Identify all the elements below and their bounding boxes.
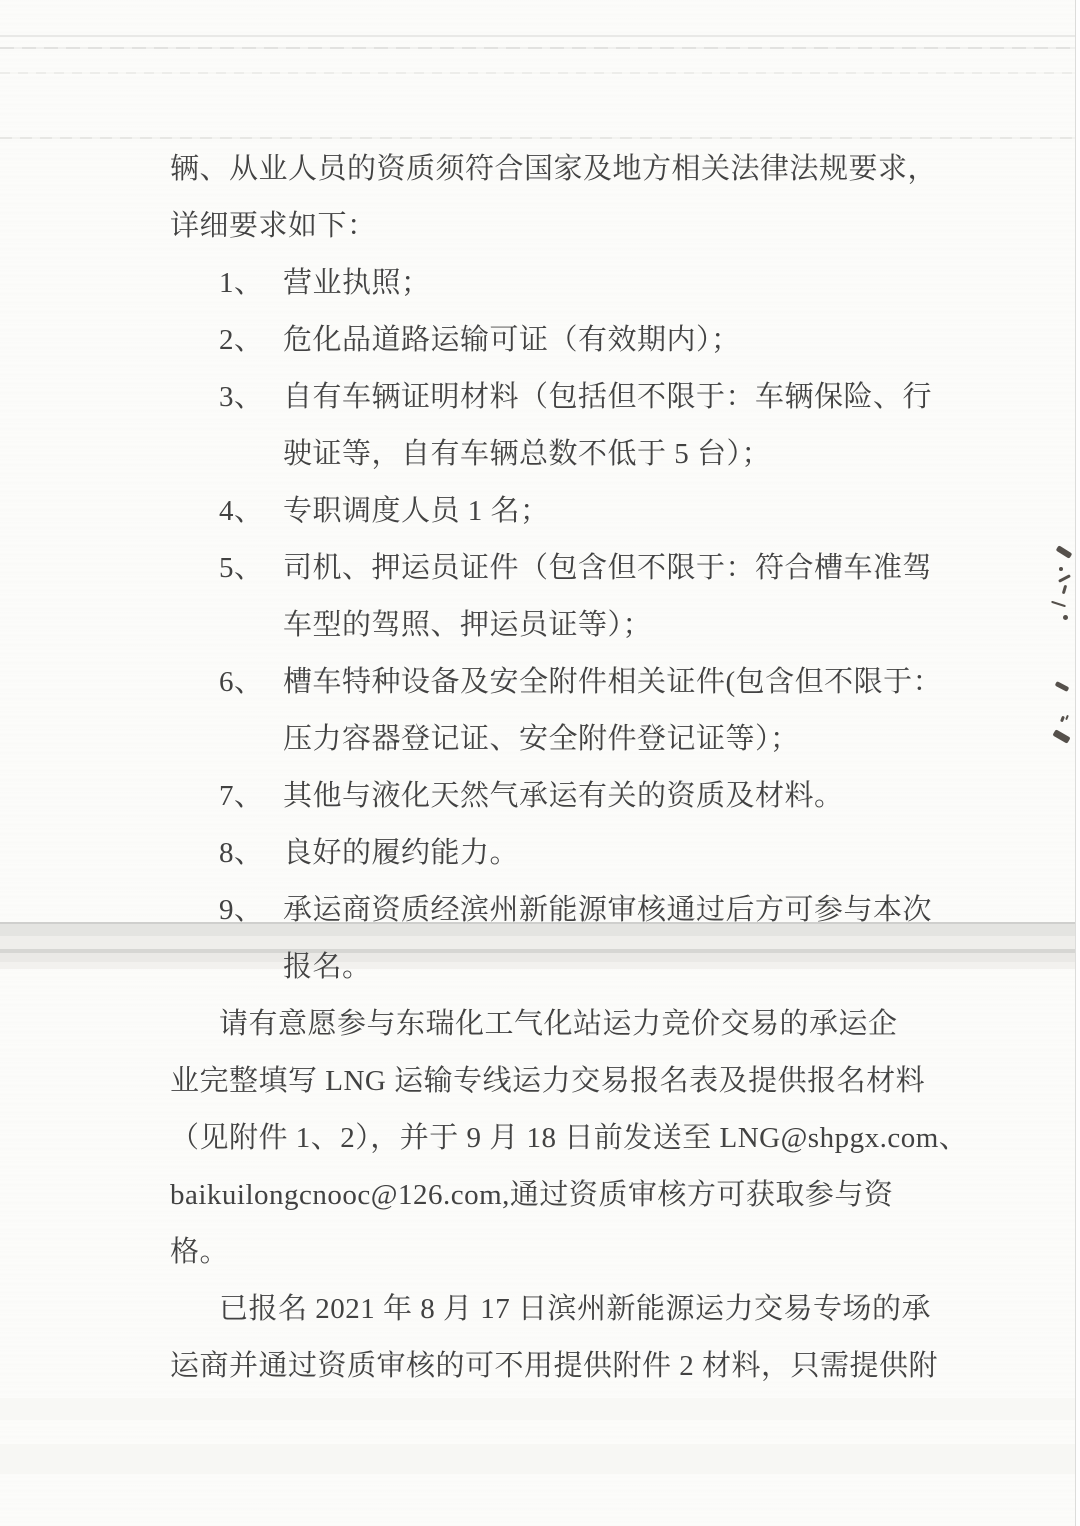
intro-line: 辆、从业人员的资质须符合国家及地方相关法律法规要求， <box>170 141 930 198</box>
scan-artifact-band-bottom <box>0 1444 1080 1474</box>
scan-line-top-2 <box>0 47 1075 49</box>
pen-mark <box>1062 585 1067 594</box>
pen-mark <box>1055 681 1070 692</box>
requirement-item-9: 9、 承运商资质经滨州新能源审核通过后方可参与本次 报名。 <box>170 882 930 996</box>
requirement-item-3: 3、 自有车辆证明材料（包括但不限于：车辆保险、行 驶证等，自有车辆总数不低于 … <box>170 369 930 483</box>
item-line: 压力容器登记证、安全附件登记证等）； <box>283 723 800 755</box>
scan-line-top-3 <box>0 72 1075 74</box>
item-number: 7、 <box>170 768 283 825</box>
signup-paragraph-line: baikuilongcnooc@126.com,通过资质审核方可获取参与资 <box>170 1167 930 1224</box>
item-number: 6、 <box>170 654 283 711</box>
registered-paragraph-line: 运商并通过资质审核的可不用提供附件 2 材料，只需提供附 <box>170 1338 930 1395</box>
item-line: 报名。 <box>283 951 372 983</box>
scan-artifact-band-bottom <box>0 1398 1080 1420</box>
item-line: 营业执照； <box>283 267 431 299</box>
document-body: 辆、从业人员的资质须符合国家及地方相关法律法规要求， 详细要求如下： 1、 营业… <box>170 141 930 1395</box>
item-number: 8、 <box>170 825 283 882</box>
item-number: 1、 <box>170 255 283 312</box>
item-line: 危化品道路运输可证（有效期内）； <box>283 324 741 356</box>
item-number: 4、 <box>170 483 283 540</box>
pen-mark <box>1063 615 1068 620</box>
item-line: 司机、押运员证件（包含但不限于：符合槽车准驾 <box>283 552 932 584</box>
item-line: 自有车辆证明材料（包括但不限于：车辆保险、行 <box>283 381 932 413</box>
requirement-item-1: 1、 营业执照； <box>170 255 930 312</box>
pen-mark <box>1051 601 1066 608</box>
item-line: 车型的驾照、押运员证等）； <box>283 609 652 641</box>
item-line: 其他与液化天然气承运有关的资质及材料。 <box>283 780 844 812</box>
pen-mark <box>1052 729 1070 744</box>
pen-mark <box>1056 545 1073 559</box>
registered-paragraph-line: 已报名 2021 年 8 月 17 日滨州新能源运力交易专场的承 <box>170 1281 930 1338</box>
signup-paragraph-line: 业完整填写 LNG 运输专线运力交易报名表及提供报名材料 <box>170 1053 930 1110</box>
scan-line-top-4 <box>0 137 1075 139</box>
item-number: 9、 <box>170 882 283 939</box>
scanned-document-page: 辆、从业人员的资质须符合国家及地方相关法律法规要求， 详细要求如下： 1、 营业… <box>0 0 1080 1526</box>
scanner-edge-line <box>1075 0 1080 1526</box>
item-line: 驶证等，自有车辆总数不低于 5 台）； <box>283 438 771 470</box>
item-line: 承运商资质经滨州新能源审核通过后方可参与本次 <box>283 894 932 926</box>
requirement-item-4: 4、 专职调度人员 1 名； <box>170 483 930 540</box>
intro-line: 详细要求如下： <box>170 198 930 255</box>
item-line: 槽车特种设备及安全附件相关证件(包含但不限于： <box>283 666 942 698</box>
requirement-item-6: 6、 槽车特种设备及安全附件相关证件(包含但不限于： 压力容器登记证、安全附件登… <box>170 654 930 768</box>
item-line: 专职调度人员 1 名； <box>283 495 550 527</box>
requirement-item-2: 2、 危化品道路运输可证（有效期内）； <box>170 312 930 369</box>
item-number: 2、 <box>170 312 283 369</box>
item-number: 3、 <box>170 369 283 426</box>
scan-line-top-1 <box>0 35 1075 37</box>
signup-paragraph-line: 格。 <box>170 1224 930 1281</box>
item-line: 良好的履约能力。 <box>283 837 519 869</box>
requirement-item-5: 5、 司机、押运员证件（包含但不限于：符合槽车准驾 车型的驾照、押运员证等）； <box>170 540 930 654</box>
signup-paragraph-line: 请有意愿参与东瑞化工气化站运力竞价交易的承运企 <box>170 996 930 1053</box>
item-number: 5、 <box>170 540 283 597</box>
pen-mark <box>1065 715 1069 720</box>
signup-paragraph-line: （见附件 1、2），并于 9 月 18 日前发送至 LNG@shpgx.com、 <box>170 1110 930 1167</box>
pen-mark <box>1060 716 1065 723</box>
pen-mark <box>1058 574 1071 583</box>
requirement-item-8: 8、 良好的履约能力。 <box>170 825 930 882</box>
pen-mark <box>1059 567 1063 571</box>
requirement-item-7: 7、 其他与液化天然气承运有关的资质及材料。 <box>170 768 930 825</box>
